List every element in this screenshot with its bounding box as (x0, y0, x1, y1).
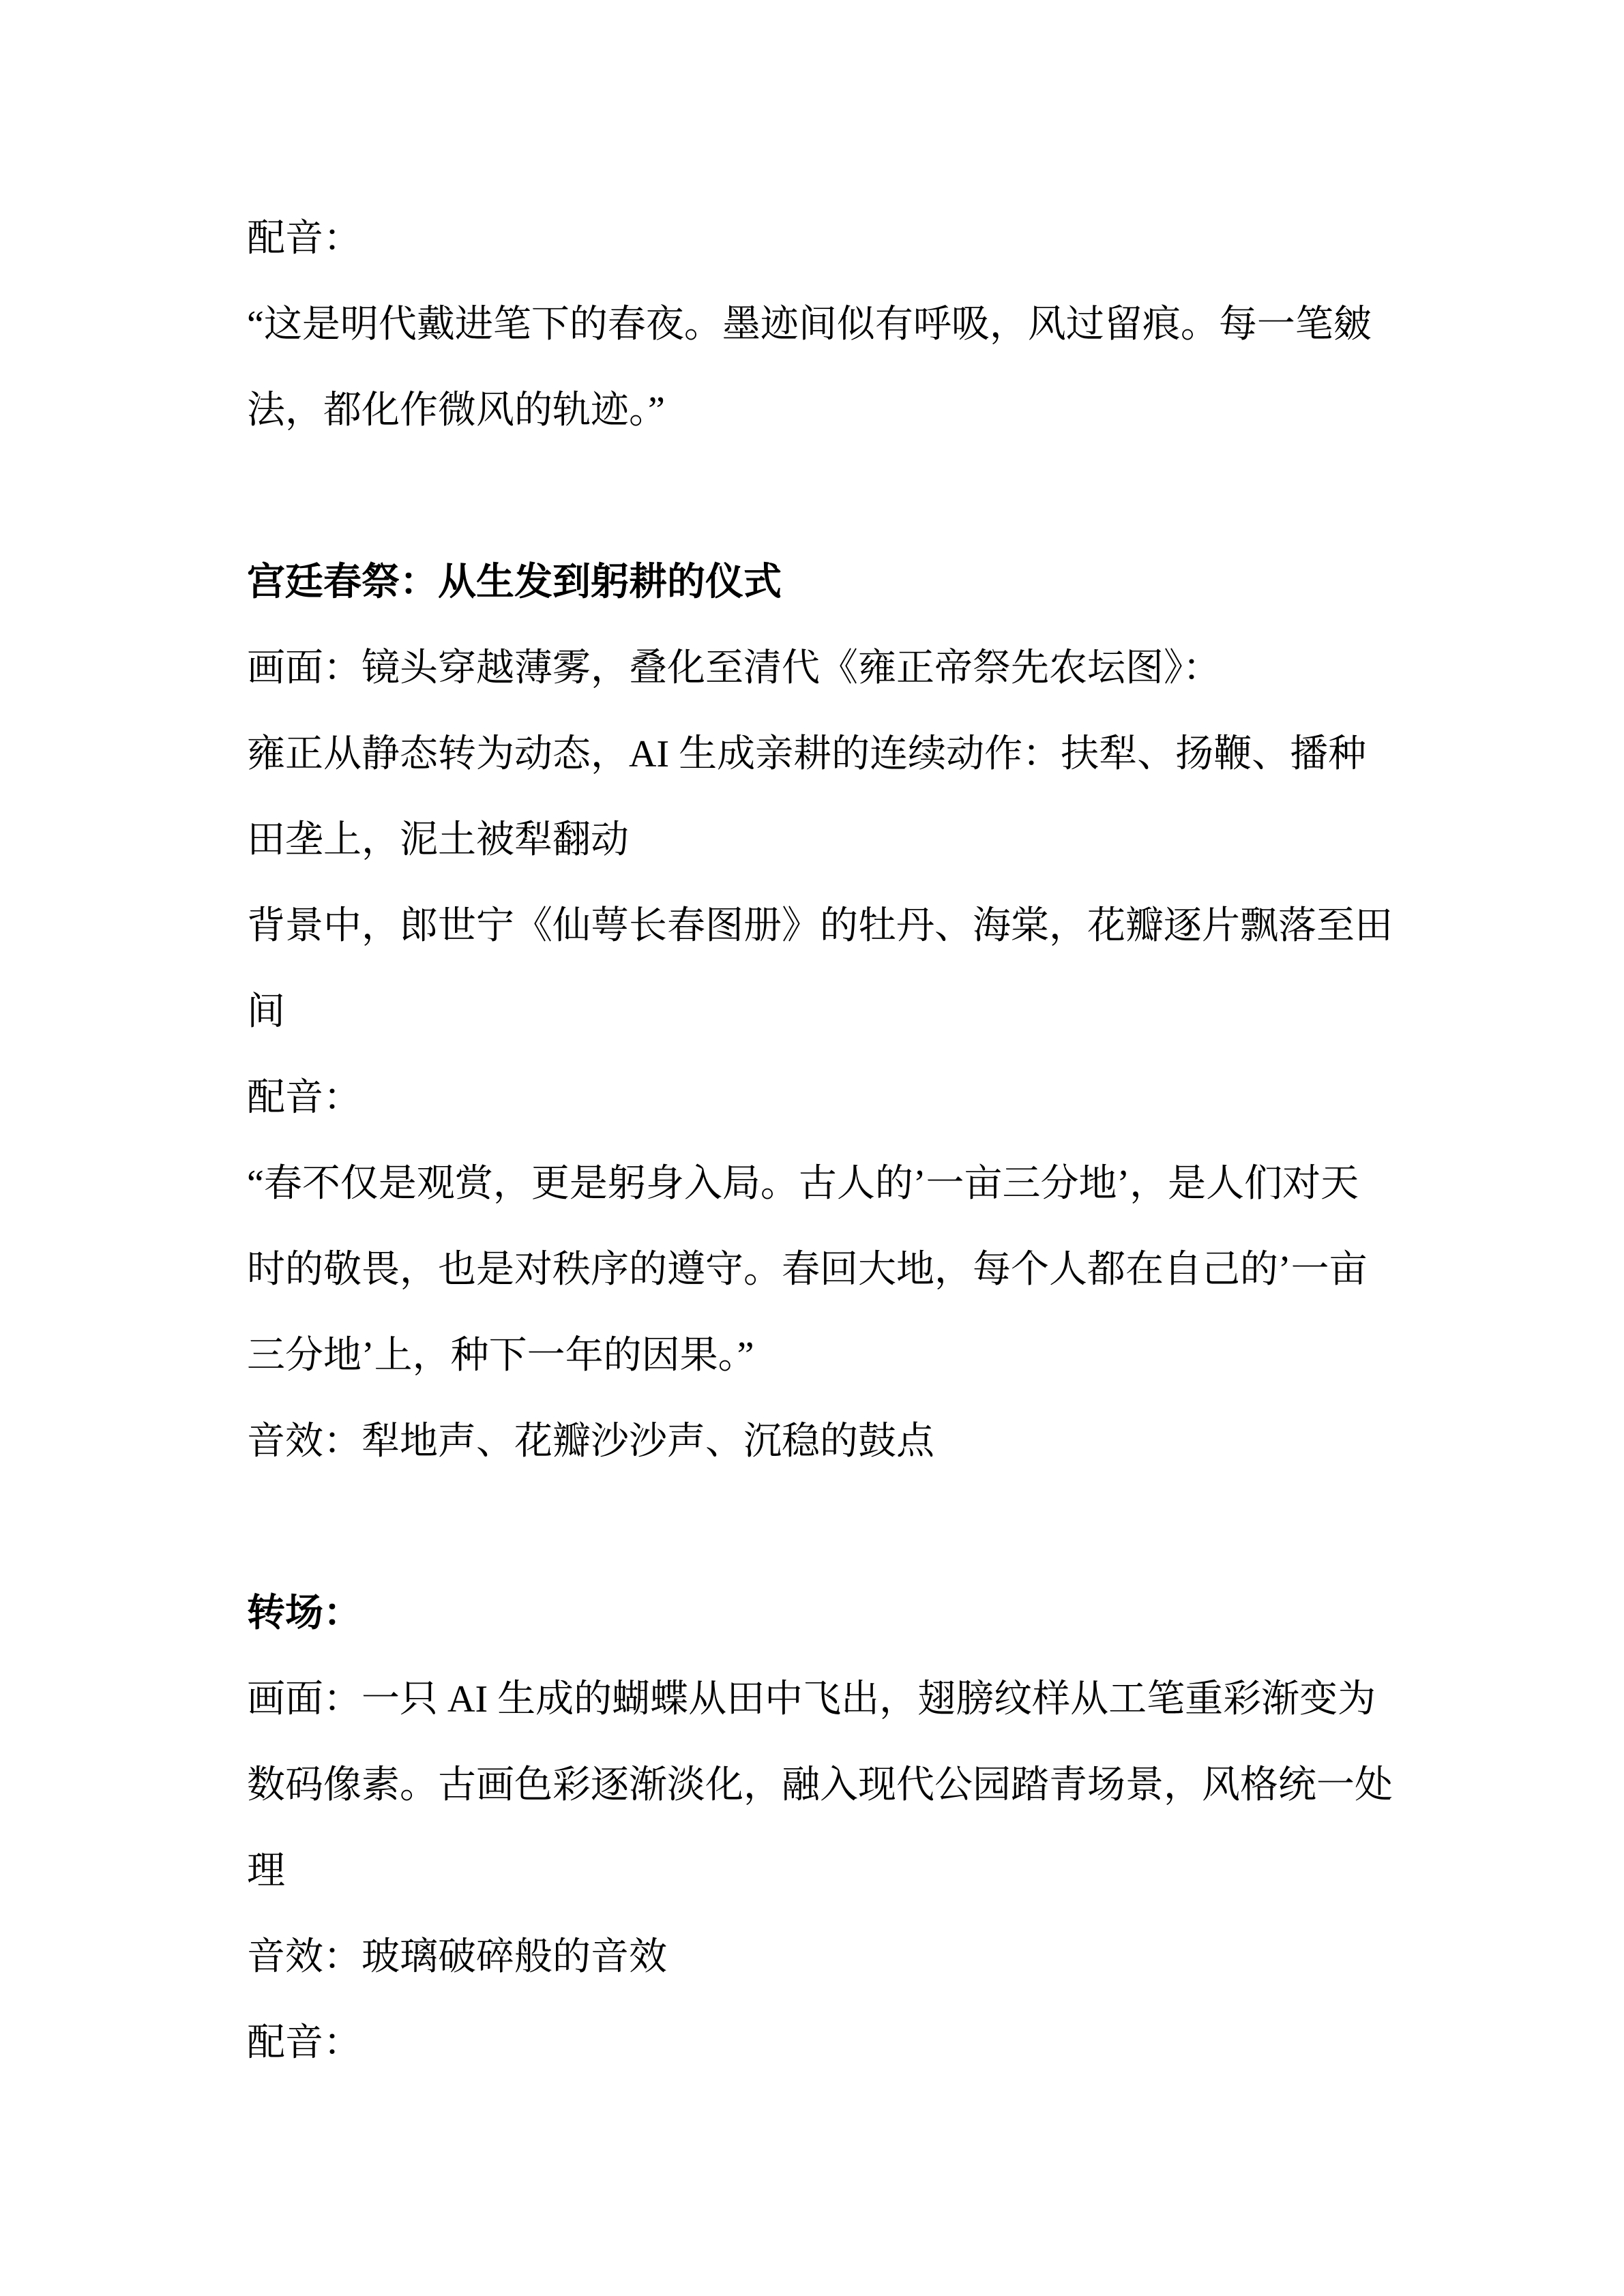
document-paragraph: 雍正从静态转为动态，AI 生成亲耕的连续动作：扶犁、扬鞭、播种 田垄上，泥土被犁… (247, 711, 1406, 883)
document-paragraph: “这是明代戴进笔下的春夜。墨迹间似有呼吸，风过留痕。每一笔皴 法，都化作微风的轨… (247, 282, 1406, 453)
section-heading: 转场： (247, 1570, 1406, 1656)
section-heading: 宫廷春祭：从生发到躬耕的仪式 (247, 539, 1406, 625)
document-paragraph: 背景中，郎世宁《仙萼长春图册》的牡丹、海棠，花瓣逐片飘落至田 间 (247, 883, 1406, 1055)
document-paragraph: 音效：犁地声、花瓣沙沙声、沉稳的鼓点 (247, 1399, 1406, 1485)
document-body: 配音：“这是明代戴进笔下的春夜。墨迹间似有呼吸，风过留痕。每一笔皴 法，都化作微… (247, 196, 1406, 2086)
document-paragraph: 画面：一只 AI 生成的蝴蝶从田中飞出，翅膀纹样从工笔重彩渐变为 数码像素。古画… (247, 1656, 1406, 1914)
document-paragraph: 音效：玻璃破碎般的音效 (247, 1914, 1406, 2000)
document-paragraph: 配音： (247, 1055, 1406, 1141)
blank-line (247, 1485, 1406, 1570)
blank-line (247, 453, 1406, 539)
document-paragraph: 画面：镜头穿越薄雾，叠化至清代《雍正帝祭先农坛图》： (247, 625, 1406, 711)
document-page: 配音：“这是明代戴进笔下的春夜。墨迹间似有呼吸，风过留痕。每一笔皴 法，都化作微… (0, 0, 1624, 2296)
document-paragraph: 配音： (247, 2000, 1406, 2086)
document-paragraph: “春不仅是观赏，更是躬身入局。古人的’一亩三分地’，是人们对天 时的敬畏，也是对… (247, 1141, 1406, 1399)
document-paragraph: 配音： (247, 196, 1406, 282)
